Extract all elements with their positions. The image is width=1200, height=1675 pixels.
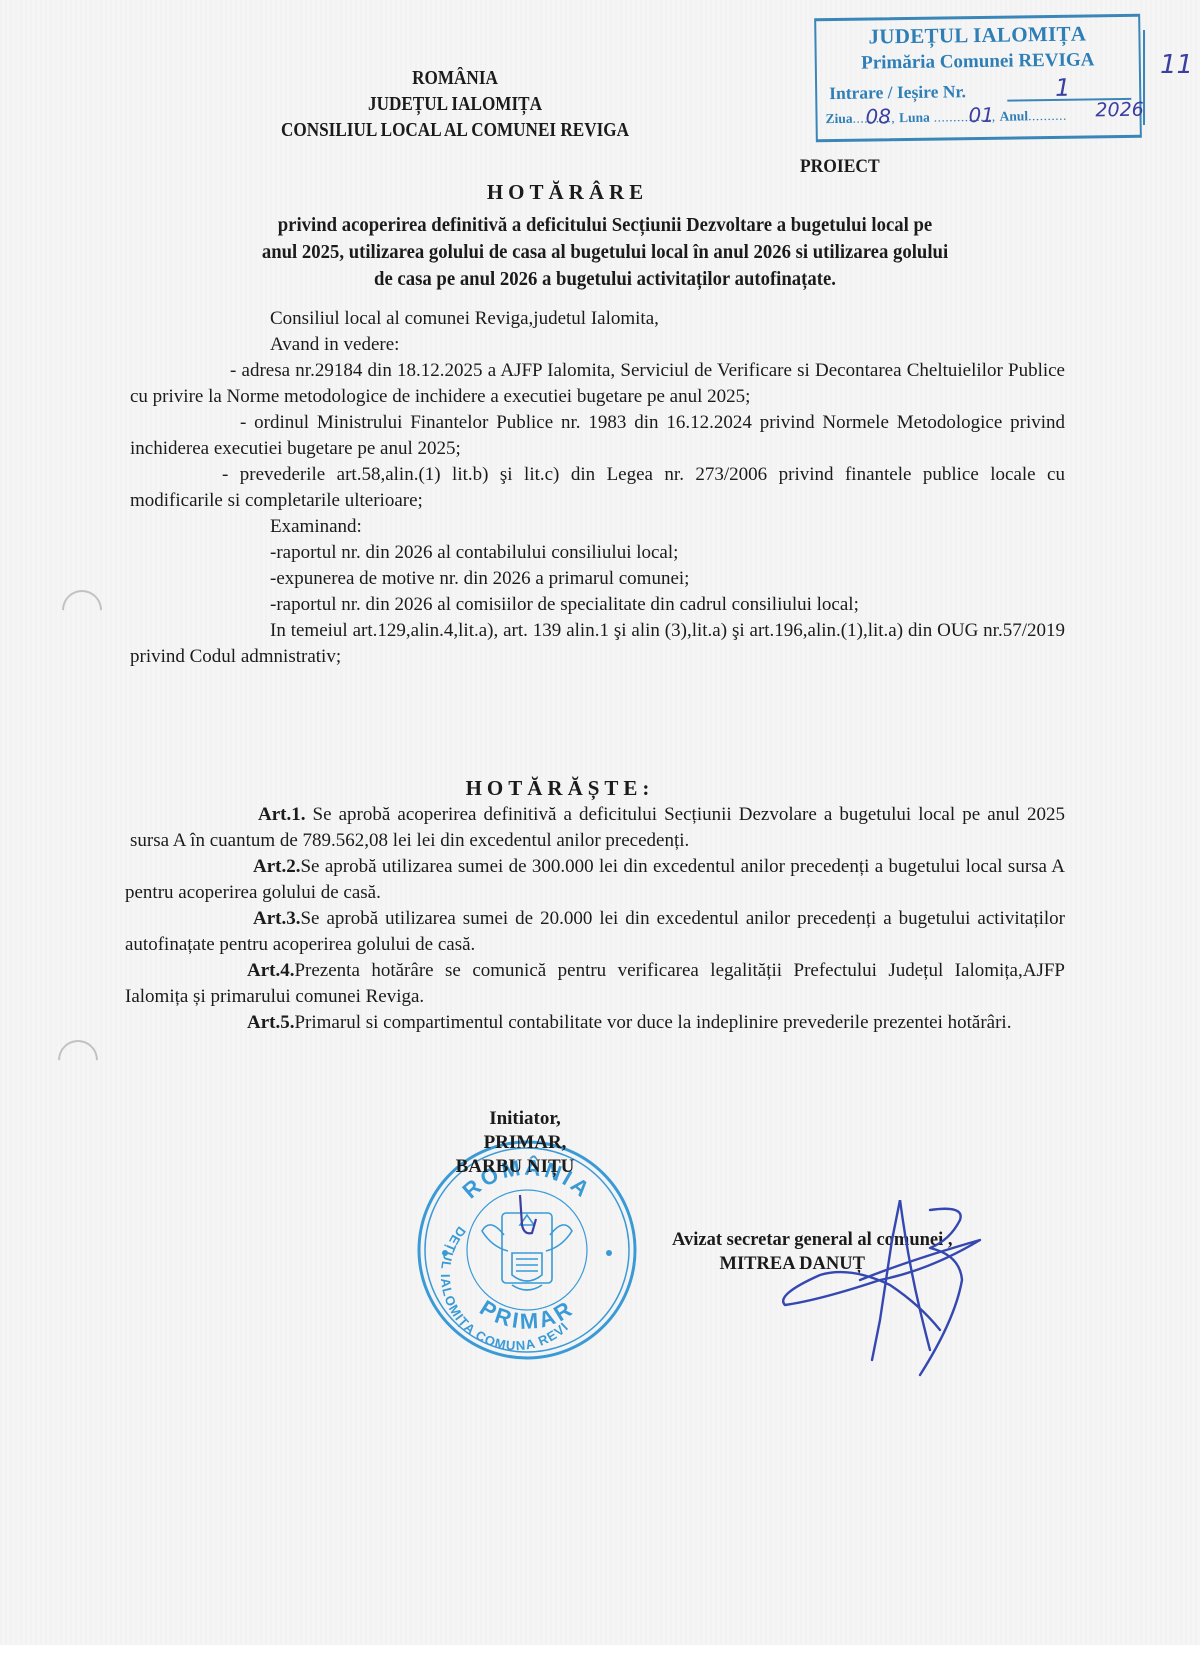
initiator-role: PRIMAR, — [470, 1131, 580, 1155]
article-3: Art.3.Se aprobă utilizarea sumei de 20.0… — [125, 906, 1065, 958]
article-1: Art.1. Se aprobă acoperirea definitivă a… — [130, 802, 1065, 854]
document-title: HOTĂRÂRE — [0, 180, 1135, 205]
scanned-page: ROMÂNIA JUDEȚUL IALOMIȚA CONSILIUL LOCAL… — [0, 0, 1200, 1675]
article-2: Art.2.Se aprobă utilizarea sumei de 300.… — [125, 854, 1065, 906]
stamp-day-label: Ziua — [825, 111, 852, 126]
article-label: Art.3. — [253, 908, 300, 929]
article-text: Primarul si compartimentul contabilitate… — [294, 1012, 1011, 1033]
subject-line: anul 2025, utilizarea golului de casa al… — [149, 239, 1061, 266]
subject-line: de casa pe anul 2026 a bugetului activit… — [149, 266, 1061, 293]
stamp-month-value: 01 — [968, 103, 994, 127]
article-label: Art.4. — [247, 960, 294, 981]
council-line: Consiliul local al comunei Reviga,judetu… — [130, 306, 1065, 332]
stamp-border-line — [1143, 30, 1145, 125]
report-item: -expunerea de motive nr. din 2026 a prim… — [130, 566, 1065, 592]
decision-heading: HOTĂRĂȘTE: — [0, 776, 1120, 801]
article-label: Art.1. — [258, 804, 305, 825]
stamp-year-value: 2026 — [1095, 99, 1144, 122]
subject-line: privind acoperirea definitivă a deficitu… — [149, 212, 1061, 239]
stamp-county: JUDEȚUL IALOMIȚA — [816, 21, 1138, 50]
preamble-item: - ordinul Ministrului Finantelor Publice… — [130, 410, 1065, 462]
legal-basis: In temeiul art.129,alin.4,lit.a), art. 1… — [130, 618, 1065, 670]
stamp-date-line: Ziua.........., Luna ..............., An… — [825, 108, 1067, 127]
letterhead-county: JUDEȚUL IALOMIȚA — [222, 92, 688, 118]
letterhead: ROMÂNIA JUDEȚUL IALOMIȚA CONSILIUL LOCAL… — [222, 66, 688, 144]
handwritten-margin-mark: 11 — [1160, 50, 1193, 80]
punch-hole-mark — [54, 582, 111, 639]
articles-list: Art.1. Se aprobă acoperirea definitivă a… — [130, 802, 1065, 1036]
stamp-year-label: Anul — [999, 108, 1028, 123]
article-label: Art.5. — [247, 1012, 294, 1033]
report-item: -raportul nr. din 2026 al comisiilor de … — [130, 592, 1065, 618]
letterhead-council: CONSILIUL LOCAL AL COMUNEI REVIGA — [222, 118, 688, 144]
punch-hole-mark — [50, 1032, 107, 1089]
stamp-number-label: Intrare / Ieșire Nr. — [829, 81, 966, 104]
preamble-item: - adresa nr.29184 din 18.12.2025 a AJFP … — [130, 358, 1065, 410]
stamp-day-value: 08 — [865, 104, 891, 128]
initiator-label: Initiator, — [470, 1107, 580, 1131]
signature-icon — [780, 1200, 1040, 1380]
examining-label: Examinand: — [130, 514, 1065, 540]
stamp-institution: Primăria Comunei REVIGA — [817, 49, 1139, 75]
preamble-item: - prevederile art.58,alin.(1) lit.b) şi … — [130, 462, 1065, 514]
draft-status-label: PROIECT — [800, 156, 880, 178]
article-4: Art.4.Prezenta hotărâre se comunică pent… — [125, 958, 1065, 1010]
article-label: Art.2. — [253, 856, 300, 877]
stamp-month-label: Luna — [899, 110, 930, 125]
preamble: Consiliul local al comunei Reviga,judetu… — [130, 306, 1065, 670]
registration-stamp: JUDEȚUL IALOMIȚA Primăria Comunei REVIGA… — [814, 14, 1142, 143]
letterhead-country: ROMÂNIA — [222, 66, 688, 92]
document-subject: privind acoperirea definitivă a deficitu… — [149, 212, 1061, 293]
initiator-block: Initiator, PRIMAR, BARBU NIȚU — [470, 1107, 580, 1179]
initiator-name: BARBU NIȚU — [450, 1155, 580, 1179]
stamp-number-value: 1 — [1055, 74, 1071, 102]
having-regard-label: Avand in vedere: — [130, 332, 1065, 358]
article-5: Art.5.Primarul si compartimentul contabi… — [125, 1010, 1065, 1036]
report-item: -raportul nr. din 2026 al contabilului c… — [130, 540, 1065, 566]
page-bottom-margin — [0, 1645, 1200, 1675]
